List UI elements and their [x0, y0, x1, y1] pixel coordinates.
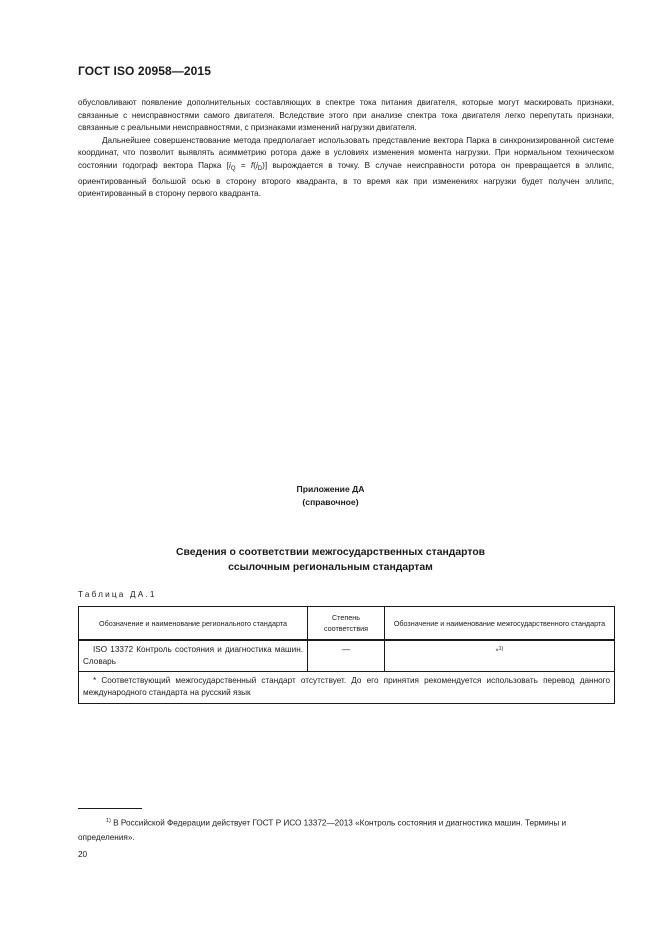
table-row: ISO 13372 Контроль состояния и диагности… [79, 640, 615, 672]
header-regional-standard: Обозначение и наименование регионального… [79, 607, 308, 641]
paragraph-1: обусловливают появление дополнительных с… [78, 97, 614, 135]
document-header: ГОСТ ISO 20958—2015 [78, 64, 211, 78]
body-text: обусловливают появление дополнительных с… [78, 97, 614, 201]
formula-eq: = [236, 161, 251, 170]
cell-interstate-standard: *1) [385, 640, 615, 672]
footnote-divider [78, 808, 142, 809]
page-number: 20 [78, 850, 87, 859]
footnote-ref: 1) [498, 646, 503, 652]
correspondence-table: Обозначение и наименование регионального… [78, 606, 615, 704]
annex-title-line-1: Сведения о соответствии межгосударственн… [0, 545, 661, 560]
annex-heading: Приложение ДА (справочное) [0, 483, 661, 509]
footnote-text: В Российской Федерации действует ГОСТ Р … [78, 819, 566, 842]
cell-regional-standard: ISO 13372 Контроль состояния и диагности… [79, 640, 308, 672]
cell-degree: — [308, 640, 385, 672]
annex-title: Сведения о соответствии межгосударственн… [0, 545, 661, 575]
table-header-row: Обозначение и наименование регионального… [79, 607, 615, 641]
header-interstate-standard: Обозначение и наименование межгосударств… [385, 607, 615, 641]
paragraph-2: Дальнейшее совершенствование метода пред… [78, 135, 614, 201]
table-note: * Соответствующий межгосударственный ста… [79, 672, 615, 704]
annex-label: Приложение ДА [0, 483, 661, 496]
header-degree: Степень соответствия [308, 607, 385, 641]
annex-title-line-2: ссылочным региональным стандартам [0, 560, 661, 575]
table-note-row: * Соответствующий межгосударственный ста… [79, 672, 615, 704]
annex-status: (справочное) [0, 496, 661, 509]
footnote: 1) В Российской Федерации действует ГОСТ… [78, 814, 615, 845]
table-caption: Таблица ДА.1 [78, 590, 157, 599]
